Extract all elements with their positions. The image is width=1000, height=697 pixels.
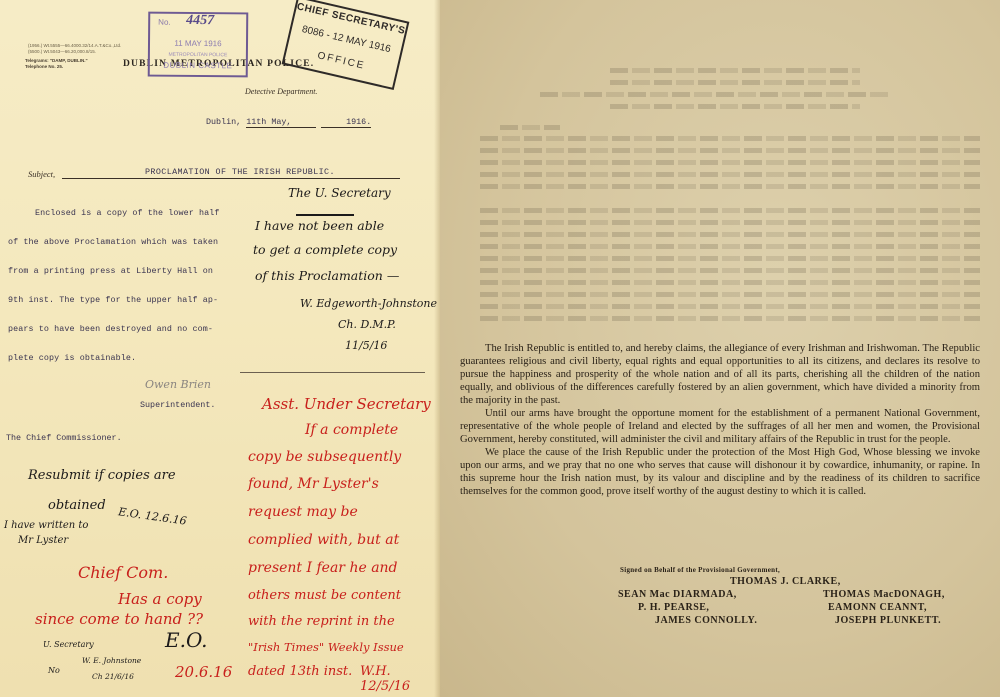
handwritten-note: obtained: [48, 498, 106, 513]
handwritten-note: Ch. D.M.P.: [338, 318, 396, 331]
chief-secretary-stamp: CHIEF SECRETARY'S 8086 - 12 MAY 1916 OFF…: [282, 0, 410, 90]
handwritten-note-red: request may be: [248, 504, 358, 520]
handwritten-note-red: Asst. Under Secretary: [262, 395, 431, 413]
handwritten-note-red: If a complete: [305, 422, 398, 438]
handwritten-note-red: copy be subsequently: [248, 449, 401, 465]
signatory: JAMES CONNOLLY.: [655, 615, 757, 626]
subject-text: PROCLAMATION OF THE IRISH REPUBLIC.: [145, 167, 335, 177]
handwritten-note-red: with the reprint in the: [248, 614, 395, 629]
subject-underline: [62, 178, 400, 179]
handwritten-initials-red: W.H. 12/5/16: [360, 664, 440, 694]
handwritten-note-red: present I fear he and: [248, 560, 398, 576]
handwritten-note-red: Chief Com.: [78, 563, 168, 582]
body-line: from a printing press at Liberty Hall on: [8, 266, 213, 276]
telegram-info: Telegrams: "DAMP, DUBLIN." Telephone No.…: [25, 58, 88, 70]
handwritten-note-small: U. Secretary: [43, 640, 94, 649]
signatory: THOMAS J. CLARKE,: [730, 576, 841, 587]
stamp-date: 11 MAY 1916: [150, 39, 246, 49]
proclamation-text: The Irish Republic is entitled to, and h…: [460, 342, 980, 498]
stamp-line: METROPOLITAN POLICE: [150, 52, 246, 59]
handwritten-note-red: since come to hand ??: [35, 610, 203, 628]
signatory: EAMONN CEANNT,: [828, 602, 927, 613]
police-memo-page: (1956.) Wt.5555—66.4000.32/14.A.T.&Co.,L…: [0, 0, 440, 697]
handwritten-note: I have written to: [4, 520, 88, 531]
proclamation-paragraph: The Irish Republic is entitled to, and h…: [460, 342, 980, 407]
printer-mark-line: (5500.) Wt.5043—66.20,000.8/15.: [28, 49, 121, 55]
body-line: pears to have been destroyed and no com-: [8, 324, 213, 334]
handwritten-note: of this Proclamation —: [255, 268, 399, 283]
stamp-no-label: No.: [158, 18, 171, 27]
signed-on-behalf: Signed on Behalf of the Provisional Gove…: [620, 566, 780, 574]
signatory: SEAN Mac DIARMADA,: [618, 589, 737, 600]
date-year: 1916.: [321, 117, 371, 128]
telephone-number: Telephone No. 25.: [25, 64, 88, 70]
underline-mark: [296, 214, 354, 216]
body-line: 9th inst. The type for the upper half ap…: [8, 295, 218, 305]
handwritten-note-red: Has a copy: [118, 590, 202, 608]
handwritten-note-small: Ch 21/6/16: [92, 672, 134, 681]
handwritten-note-red: "Irish Times" Weekly Issue: [248, 640, 404, 654]
handwritten-note-small: No: [48, 666, 60, 675]
handwritten-note: to get a complete copy: [253, 242, 397, 257]
department-label: Detective Department.: [245, 87, 317, 96]
handwritten-note: 11/5/16: [345, 339, 387, 352]
proclamation-paragraph: We place the cause of the Irish Republic…: [460, 446, 980, 498]
handwritten-note-red: complied with, but at: [248, 532, 399, 548]
body-line: Enclosed is a copy of the lower half: [35, 208, 220, 218]
place: Dublin,: [206, 117, 241, 127]
handwritten-note-red: found, Mr Lyster's: [248, 476, 379, 492]
proclamation-paragraph: Until our arms have brought the opportun…: [460, 407, 980, 446]
handwritten-date-red: 20.6.16: [175, 663, 232, 681]
handwritten-initials: E.O.: [165, 628, 208, 652]
handwritten-note: The U. Secretary: [288, 186, 391, 200]
proclamation-page: The Irish Republic is entitled to, and h…: [440, 0, 1000, 697]
divider-line: [240, 372, 425, 373]
handwritten-note: Mr Lyster: [18, 535, 68, 546]
handwritten-note-small: W. E. Johnstone: [82, 656, 141, 665]
signatory: P. H. PEARSE,: [638, 602, 709, 613]
stamp-number: 4457: [186, 13, 214, 29]
stamp-line: DUBLIN CASTLE: [150, 61, 246, 71]
memo-date: Dublin, 11th May, 1916.: [206, 117, 371, 128]
addressee: The Chief Commissioner.: [6, 433, 122, 443]
signatory: JOSEPH PLUNKETT.: [835, 615, 941, 626]
handwritten-note: Resubmit if copies are: [28, 468, 176, 483]
handwritten-note: I have not been able: [255, 218, 384, 233]
handwritten-note-red: others must be content: [248, 588, 401, 603]
body-line: plete copy is obtainable.: [8, 353, 136, 363]
subject-label: Subject,: [28, 169, 55, 179]
dublin-castle-stamp: No. 4457 11 MAY 1916 METROPOLITAN POLICE…: [148, 12, 249, 78]
handwritten-initials: E.O. 12.6.16: [117, 505, 187, 527]
printer-mark: (1956.) Wt.5555—66.4000.32/14.A.T.&Co.,L…: [28, 43, 121, 55]
handwritten-note: W. Edgeworth-Johnstone: [300, 297, 437, 310]
superintendent-label: Superintendent.: [140, 400, 215, 410]
handwritten-note-red: dated 13th inst.: [248, 664, 352, 679]
grey-signature: Owen Brien: [145, 378, 211, 391]
date-day: 11th May,: [246, 117, 316, 128]
body-line: of the above Proclamation which was take…: [8, 237, 218, 247]
signatory: THOMAS MacDONAGH,: [823, 589, 945, 600]
